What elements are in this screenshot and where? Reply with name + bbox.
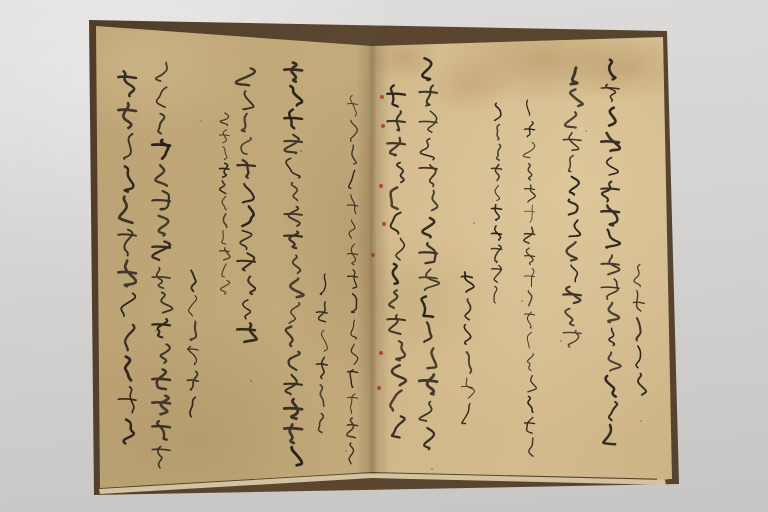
text-column-poem: よしのゝたけの月を見るらん <box>542 66 604 350</box>
text-column-poem: いつれのとしの雪にかあるらん <box>366 84 428 440</box>
photo-backdrop: 従三位頼政こよひたれすゝふく風を身にしめてよしのゝたけの月を見るらん法性寺入道前… <box>0 0 768 512</box>
showthrough-column <box>0 95 300 205</box>
text-column-headnote: 法性寺入道前関白太政大臣家の月の哥 <box>512 98 548 458</box>
calligraphy-layer: 従三位頼政こよひたれすゝふく風を身にしめてよしのゝたけの月を見るらん法性寺入道前… <box>0 0 768 512</box>
